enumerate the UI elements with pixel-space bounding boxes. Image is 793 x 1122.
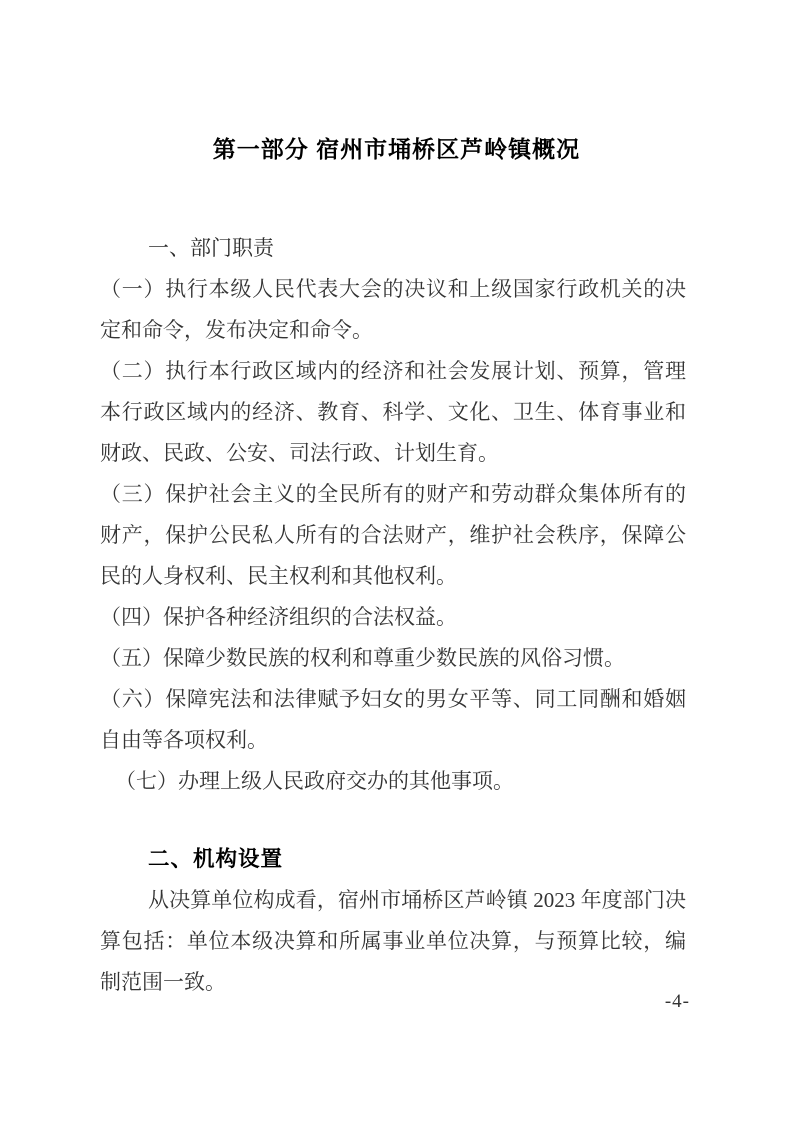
- section-heading-duties: 一、部门职责: [100, 228, 686, 269]
- section-heading-organization: 二、机构设置: [100, 839, 686, 880]
- duty-item-2: （二）执行本行政区域内的经济和社会发展计划、预算，管理本行政区域内的经济、教育、…: [100, 351, 686, 474]
- duty-item-6: （六）保障宪法和法律赋予妇女的男女平等、同工同酬和婚姻自由等各项权利。: [100, 679, 686, 761]
- duty-item-4: （四）保护各种经济组织的合法权益。: [100, 597, 686, 638]
- duty-item-1: （一）执行本级人民代表大会的决议和上级国家行政机关的决定和命令，发布决定和命令。: [100, 269, 686, 351]
- duty-item-7: （七）办理上级人民政府交办的其他事项。: [100, 761, 686, 802]
- document-body: 一、部门职责 （一）执行本级人民代表大会的决议和上级国家行政机关的决定和命令，发…: [100, 228, 686, 1003]
- page-title: 第一部分 宿州市埇桥区芦岭镇概况: [0, 0, 793, 164]
- document-page: 第一部分 宿州市埇桥区芦岭镇概况 一、部门职责 （一）执行本级人民代表大会的决议…: [0, 0, 793, 1122]
- page-number: -4-: [665, 991, 690, 1013]
- organization-paragraph: 从决算单位构成看，宿州市埇桥区芦岭镇 2023 年度部门决算包括：单位本级决算和…: [100, 880, 686, 1003]
- duty-item-3: （三）保护社会主义的全民所有的财产和劳动群众集体所有的财产，保护公民私人所有的合…: [100, 474, 686, 597]
- duty-item-5: （五）保障少数民族的权利和尊重少数民族的风俗习惯。: [100, 638, 686, 679]
